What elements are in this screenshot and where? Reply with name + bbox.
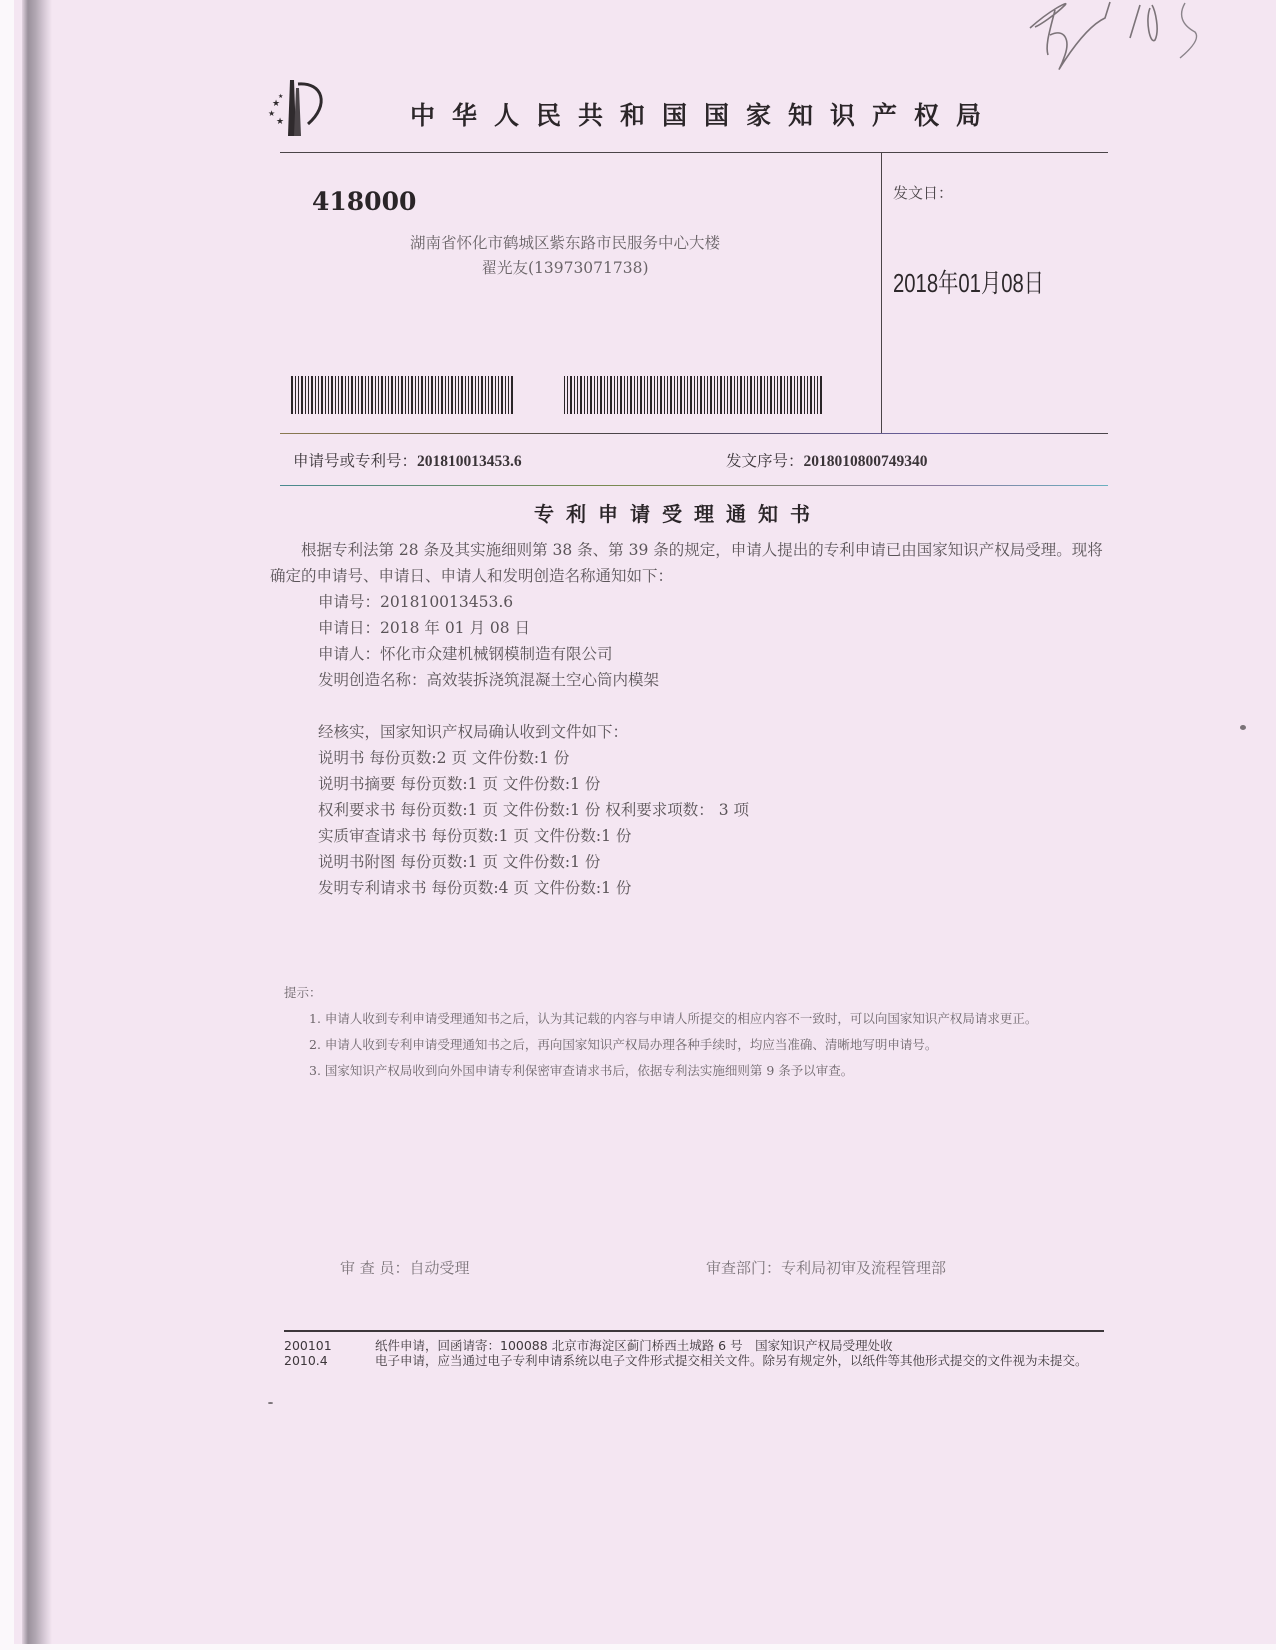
send-date-label: 发文日：	[893, 182, 953, 203]
examiner: 审 查 员：自动受理	[340, 1257, 470, 1278]
hints-list: 1. 申请人收到专利申请受理通知书之后，认为其记载的内容与申请人所提交的相应内容…	[284, 1006, 1110, 1084]
footer-row: 2010.4电子申请，应当通过电子专利申请系统以电子文件形式提交相关文件。除另有…	[284, 1353, 1114, 1368]
received-file-item: 说明书摘要 每份页数:1 页 文件份数:1 份	[294, 771, 1109, 797]
examining-department: 审查部门：专利局初审及流程管理部	[706, 1257, 946, 1278]
field-value: 2018 年 01 月 08 日	[380, 619, 530, 637]
application-number-row: 申请号或专利号：201810013453.6	[293, 449, 522, 471]
document-title: 专利申请受理通知书	[0, 498, 1276, 527]
received-file-item: 发明专利请求书 每份页数:4 页 文件份数:1 份	[294, 875, 1109, 901]
svg-text:★: ★	[272, 99, 280, 109]
header-divider	[280, 152, 1108, 153]
date-column-divider	[881, 152, 882, 433]
notice-body: 根据专利法第 28 条及其实施细则第 38 条、第 39 条的规定，申请人提出的…	[294, 537, 1109, 901]
cnipa-logo-icon: ★ ★ ★ ★	[268, 80, 340, 136]
serial-number-label: 发文序号：	[726, 452, 804, 470]
reference-top-divider	[280, 433, 1108, 434]
barcode-right	[564, 376, 826, 414]
received-file-item: 说明书 每份页数:2 页 文件份数:1 份	[294, 745, 1109, 771]
send-date-value: 2018年01月08日	[893, 263, 1044, 300]
handwritten-signature-icon	[1010, 0, 1200, 80]
received-file-item: 实质审查请求书 每份页数:1 页 文件份数:1 份	[294, 823, 1109, 849]
recipient-address: 湖南省怀化市鹤城区紫东路市民服务中心大楼	[385, 231, 745, 256]
hint-item: 1. 申请人收到专利申请受理通知书之后，认为其记载的内容与申请人所提交的相应内容…	[284, 1006, 1110, 1032]
barcode-left	[291, 376, 515, 414]
application-number-label: 申请号或专利号：	[293, 452, 417, 470]
form-code: 2010.4	[284, 1353, 375, 1368]
scan-bottom-margin	[0, 1644, 1276, 1650]
field-label: 申请号：	[318, 593, 380, 611]
footer-notes: 200101纸件申请，回函请寄：100088 北京市海淀区蓟门桥西土城路 6 号…	[284, 1338, 1114, 1368]
hints-section: 提示： 1. 申请人收到专利申请受理通知书之后，认为其记载的内容与申请人所提交的…	[284, 980, 1110, 1084]
scan-shadow	[22, 0, 52, 1650]
received-heading: 经核实，国家知识产权局确认收到文件如下：	[294, 719, 1109, 745]
svg-text:★: ★	[276, 117, 284, 127]
application-fields: 申请号：201810013453.6申请日：2018 年 01 月 08 日申请…	[294, 589, 1109, 693]
serial-number-value: 2018010800749340	[804, 453, 928, 470]
footer-row: 200101纸件申请，回函请寄：100088 北京市海淀区蓟门桥西土城路 6 号…	[284, 1338, 1114, 1353]
recipient-contact: 翟光友(13973071738)	[385, 256, 745, 281]
application-field: 发明创造名称：高效装拆浇筑混凝土空心筒内模架	[294, 667, 1109, 693]
agency-name: 中华人民共和国国家知识产权局	[410, 96, 998, 132]
scan-speck	[1240, 725, 1246, 730]
application-field: 申请人：怀化市众建机械钢模制造有限公司	[294, 641, 1109, 667]
footer-text: 电子申请，应当通过电子专利申请系统以电子文件形式提交相关文件。除另有规定外，以纸…	[375, 1353, 1114, 1368]
recipient-postcode: 418000	[312, 187, 416, 216]
svg-text:★: ★	[268, 109, 275, 118]
reference-bottom-divider	[280, 485, 1108, 486]
scan-margin	[0, 0, 14, 1650]
received-file-item: 说明书附图 每份页数:1 页 文件份数:1 份	[294, 849, 1109, 875]
intro-paragraph: 根据专利法第 28 条及其实施细则第 38 条、第 39 条的规定，申请人提出的…	[270, 537, 1109, 589]
application-field: 申请日：2018 年 01 月 08 日	[294, 615, 1109, 641]
application-number-value: 201810013453.6	[417, 453, 522, 470]
field-value: 201810013453.6	[380, 593, 513, 611]
recipient-address-block: 湖南省怀化市鹤城区紫东路市民服务中心大楼 翟光友(13973071738)	[385, 231, 745, 281]
field-label: 申请日：	[318, 619, 380, 637]
footer-divider	[284, 1330, 1104, 1332]
application-field: 申请号：201810013453.6	[294, 589, 1109, 615]
field-value: 高效装拆浇筑混凝土空心筒内模架	[427, 671, 660, 689]
hint-item: 2. 申请人收到专利申请受理通知书之后，再向国家知识产权局办理各种手续时，均应当…	[284, 1032, 1110, 1058]
footer-text: 纸件申请，回函请寄：100088 北京市海淀区蓟门桥西土城路 6 号 国家知识产…	[375, 1338, 1114, 1353]
received-file-item: 权利要求书 每份页数:1 页 文件份数:1 份 权利要求项数： 3 项	[294, 797, 1109, 823]
field-label: 申请人：	[318, 645, 380, 663]
received-files-list: 说明书 每份页数:2 页 文件份数:1 份说明书摘要 每份页数:1 页 文件份数…	[294, 745, 1109, 901]
hints-heading: 提示：	[284, 980, 1110, 1006]
scan-speck	[268, 1402, 273, 1404]
field-label: 发明创造名称：	[318, 671, 427, 689]
hint-item: 3. 国家知识产权局收到向外国申请专利保密审查请求书后，依据专利法实施细则第 9…	[284, 1058, 1110, 1084]
svg-text:★: ★	[278, 93, 283, 100]
serial-number-row: 发文序号：2018010800749340	[726, 449, 928, 471]
form-code: 200101	[284, 1338, 375, 1353]
field-value: 怀化市众建机械钢模制造有限公司	[380, 645, 613, 663]
